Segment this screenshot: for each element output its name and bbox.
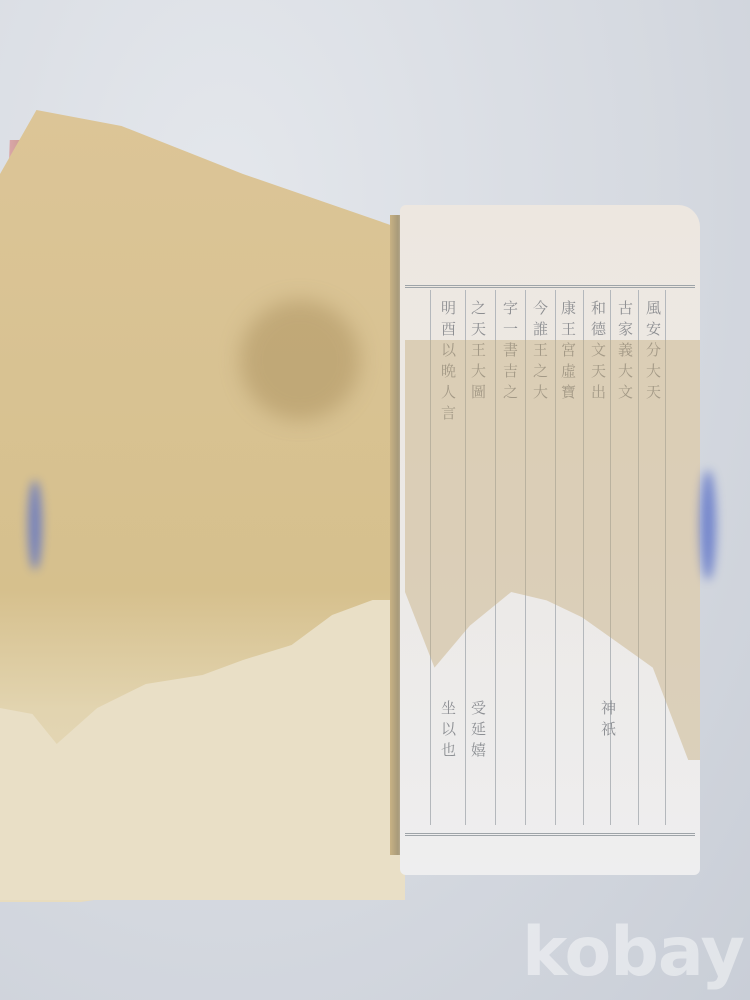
blue-ink-stain [700,470,716,580]
text-column: 神祇 [600,700,615,742]
watermark: kobay [522,913,744,992]
text-column: 坐以也 [440,700,455,763]
foxing-stain [240,300,360,420]
text-column: 受延嬉 [470,700,485,763]
blue-ink-stain [28,480,42,570]
